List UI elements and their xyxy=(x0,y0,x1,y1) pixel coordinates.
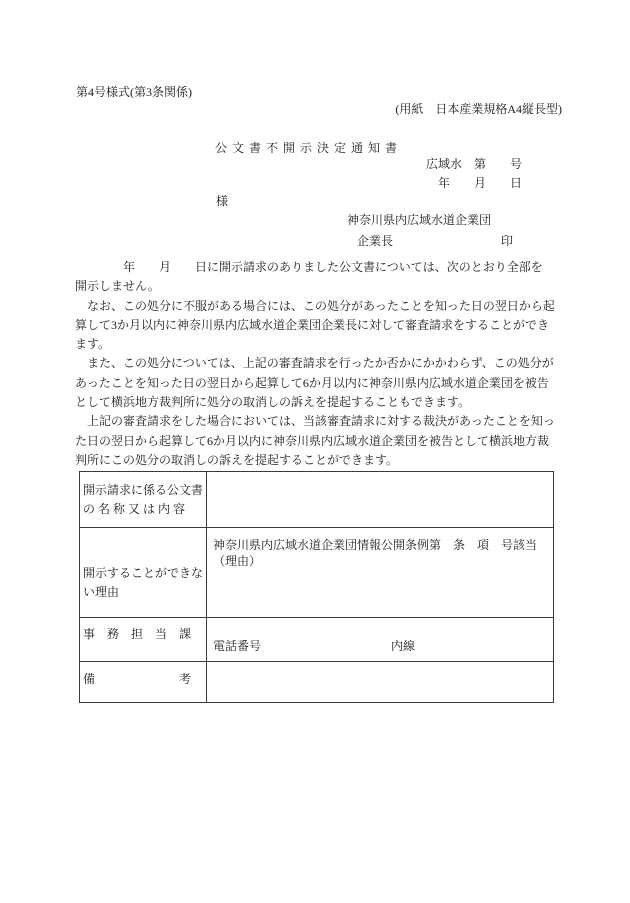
phone-number-label: 電話番号 xyxy=(213,639,261,653)
form-table: 開示請求に係る公文書 の 名 称 又 は 内 容 開示することができな い理由 … xyxy=(79,471,554,703)
label-line: 開示することができな xyxy=(83,564,203,583)
label-line: 事 務 担 当 課 xyxy=(83,625,203,644)
body-line: また、この処分については、上記の審査請求を行ったか否かにかかわらず、この処分が xyxy=(75,354,557,373)
notice-body: 年 月 日に開示請求のありました公文書については、次のとおり全部を 開示しません… xyxy=(75,258,557,470)
cell-value-remarks xyxy=(207,662,554,703)
body-line: として横浜地方裁判所に処分の取消しの訴えを提起することもできます。 xyxy=(75,393,557,412)
body-line: あったことを知った日の翌日から起算して6か月以内に神奈川県内広域水道企業団を被告 xyxy=(75,374,557,393)
value-line: （理由） xyxy=(213,553,547,569)
table-row-remarks: 備 考 xyxy=(80,662,554,703)
issuer-block: 神奈川県内広域水道企業団 企業長 印 xyxy=(347,210,513,252)
form-number: 第4号様式(第3条関係) xyxy=(76,83,192,100)
label-line: の 名 称 又 は 内 容 xyxy=(83,500,203,519)
body-line: 判所にこの処分の取消しの訴えを提起することができます。 xyxy=(75,451,557,470)
recipient-suffix: 様 xyxy=(216,192,228,209)
document-number-block: 広域水 第 号 年 月 日 xyxy=(426,155,522,193)
label-line: い理由 xyxy=(83,583,203,602)
table-row-document-name: 開示請求に係る公文書 の 名 称 又 は 内 容 xyxy=(80,472,554,528)
cell-value-office: 電話番号 内線 xyxy=(207,618,554,662)
seal-mark: 印 xyxy=(501,231,513,252)
cell-label-remarks: 備 考 xyxy=(80,662,207,703)
issuer-organization: 神奈川県内広域水道企業団 xyxy=(347,210,513,231)
cell-label-reason: 開示することができな い理由 xyxy=(80,528,207,618)
cell-value-reason: 神奈川県内広域水道企業団情報公開条例第 条 項 号該当 （理由） xyxy=(207,528,554,618)
cell-label-office: 事 務 担 当 課 xyxy=(80,618,207,662)
issuer-title: 企業長 xyxy=(357,234,393,248)
document-page: 第4号様式(第3条関係) (用紙 日本産業規格A4縦長型) 公文書不開示決定通知… xyxy=(0,0,630,903)
cell-label-document-name: 開示請求に係る公文書 の 名 称 又 は 内 容 xyxy=(80,472,207,528)
paper-spec-note: (用紙 日本産業規格A4縦長型) xyxy=(395,100,562,117)
extension-label: 内線 xyxy=(391,639,415,653)
document-title: 公文書不開示決定通知書 xyxy=(215,139,402,156)
body-line: 上記の審査請求をした場合においては、当該審査請求に対する裁決があったことを知っ xyxy=(75,412,557,431)
label-line: 開示請求に係る公文書 xyxy=(83,481,203,500)
label-line: 備 考 xyxy=(83,670,203,689)
body-line: 開示しません。 xyxy=(75,277,557,296)
document-date-line: 年 月 日 xyxy=(426,174,522,193)
value-line: 神奈川県内広域水道企業団情報公開条例第 条 項 号該当 xyxy=(213,537,547,553)
document-number-line: 広域水 第 号 xyxy=(426,155,522,174)
body-line: 算して3か月以内に神奈川県内広域水道企業団企業長に対して審査請求をすることができ xyxy=(75,316,557,335)
body-line: なお、この処分に不服がある場合には、この処分があったことを知った日の翌日から起 xyxy=(75,297,557,316)
body-line: た日の翌日から起算して6か月以内に神奈川県内広域水道企業団を被告として横浜地方裁 xyxy=(75,432,557,451)
table-row-reason: 開示することができな い理由 神奈川県内広域水道企業団情報公開条例第 条 項 号… xyxy=(80,528,554,618)
issuer-title-line: 企業長 印 xyxy=(347,231,513,252)
body-line: ます。 xyxy=(75,335,557,354)
body-line: 年 月 日に開示請求のありました公文書については、次のとおり全部を xyxy=(75,258,557,277)
table-row-office: 事 務 担 当 課 電話番号 内線 xyxy=(80,618,554,662)
cell-value-document-name xyxy=(207,472,554,528)
